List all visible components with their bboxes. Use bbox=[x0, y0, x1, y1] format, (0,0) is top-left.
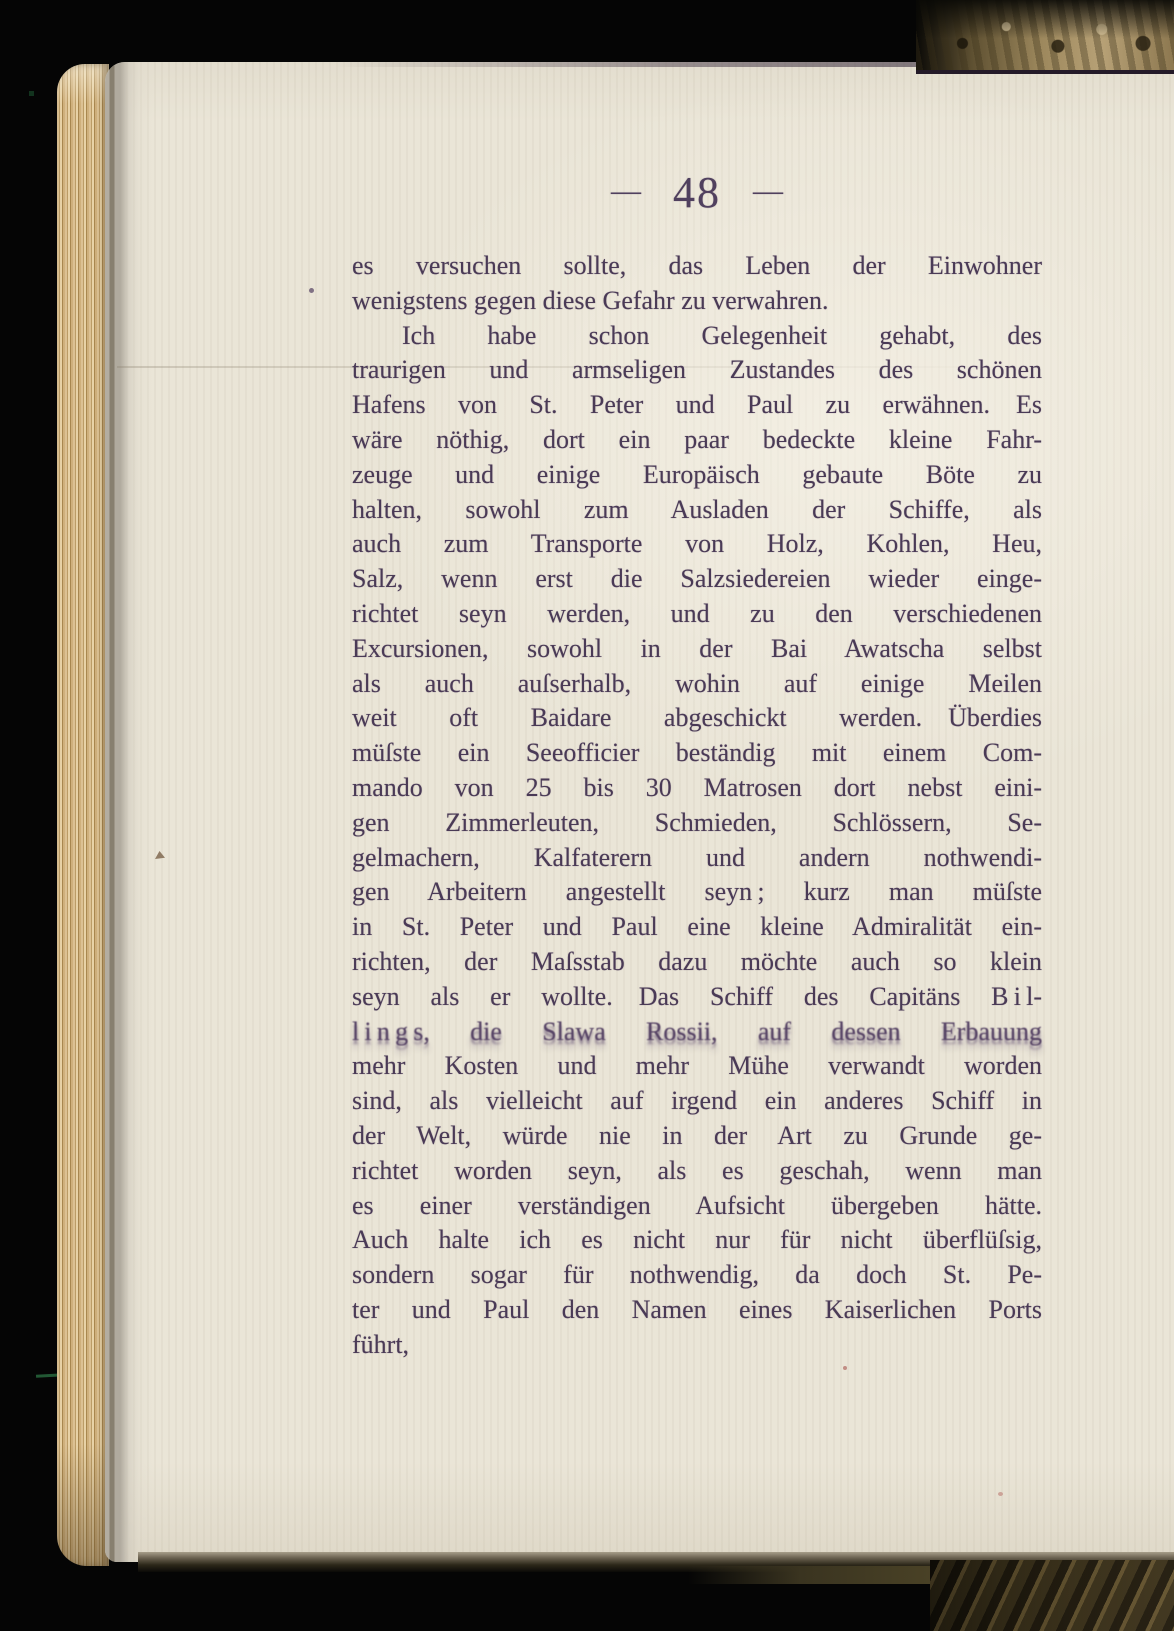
text-line: sondern sogar für nothwendig, da doch St… bbox=[352, 1258, 1042, 1293]
paper-fiber-speck bbox=[998, 1492, 1003, 1496]
catchword: führt, bbox=[352, 1328, 1069, 1363]
book-cover-top-fragment bbox=[916, 0, 1174, 74]
text-line: wenigstens gegen diese Gefahr zu verwahr… bbox=[352, 284, 1042, 319]
header-dash-right: — bbox=[753, 174, 783, 207]
text-line: richten, der Maſsstab dazu möchte auch s… bbox=[352, 945, 1042, 980]
text-line: zeuge und einige Europäisch gebaute Böte… bbox=[352, 458, 1042, 493]
paper-speck bbox=[155, 851, 165, 859]
page-header: —48— bbox=[352, 174, 1042, 226]
text-line: Auch halte ich es nicht nur für nicht üb… bbox=[352, 1223, 1042, 1258]
text-line: Hafens von St. Peter und Paul zu erwähne… bbox=[352, 388, 1042, 423]
paper-fiber-speck bbox=[843, 1366, 847, 1370]
text-line: als auch auſserhalb, wohin auf einige Me… bbox=[352, 667, 1042, 702]
cover-shadow-smear bbox=[688, 1566, 938, 1584]
ink-speck bbox=[309, 288, 314, 293]
text-line: mando von 25 bis 30 Matrosen dort nebst … bbox=[352, 771, 1042, 806]
text-line: mehr Kosten und mehr Mühe verwandt worde… bbox=[352, 1049, 1042, 1084]
text-line: gelmachern, Kalfaterern und andern nothw… bbox=[352, 841, 1042, 876]
text-line: es einer verständigen Aufsicht übergeben… bbox=[352, 1189, 1042, 1224]
header-dash-left: — bbox=[611, 174, 641, 207]
text-line: traurigen und armseligen Zustandes des s… bbox=[352, 353, 1042, 388]
body-text: es versuchen sollte, das Leben der Einwo… bbox=[352, 249, 1042, 1328]
scanned-book-photo: —48— es versuchen sollte, das Leben der … bbox=[0, 0, 1174, 1631]
text-line: sind, als vielleicht auf irgend ein ande… bbox=[352, 1084, 1042, 1119]
text-line: Excursionen, sowohl in der Bai Awatscha … bbox=[352, 632, 1042, 667]
text-line-blurred: l i n g s, die Slawa Rossii, auf dessen … bbox=[352, 1015, 1042, 1050]
text-line: ter und Paul den Namen eines Kaiserliche… bbox=[352, 1293, 1042, 1328]
text-line: gen Arbeitern angestellt seyn ; kurz man… bbox=[352, 875, 1042, 910]
text-line: es versuchen sollte, das Leben der Einwo… bbox=[352, 249, 1042, 284]
text-line: der Welt, würde nie in der Art zu Grunde… bbox=[352, 1119, 1042, 1154]
text-line: gen Zimmerleuten, Schmieden, Schlössern,… bbox=[352, 806, 1042, 841]
text-line: richtet seyn werden, und zu den verschie… bbox=[352, 597, 1042, 632]
text-line: Salz, wenn erst die Salzsiedereien wiede… bbox=[352, 562, 1042, 597]
scanner-noise-specks bbox=[0, 0, 3, 3]
text-line: auch zum Transporte von Holz, Kohlen, He… bbox=[352, 527, 1042, 562]
text-line: halten, sowohl zum Ausladen der Schiffe,… bbox=[352, 493, 1042, 528]
page-number: 48 bbox=[673, 168, 721, 217]
book-cover-bottom-fragment bbox=[930, 1560, 1174, 1631]
text-column: —48— es versuchen sollte, das Leben der … bbox=[352, 62, 1042, 1363]
text-line: seyn als er wollte. Das Schiff des Capit… bbox=[352, 980, 1042, 1015]
text-line: in St. Peter und Paul eine kleine Admira… bbox=[352, 910, 1042, 945]
text-line: Ich habe schon Gelegenheit gehabt, des bbox=[352, 319, 1042, 354]
text-line: weit oft Baidare abgeschickt werden. Übe… bbox=[352, 701, 1042, 736]
text-line: wäre nöthig, dort ein paar bedeckte klei… bbox=[352, 423, 1042, 458]
book-page: —48— es versuchen sollte, das Leben der … bbox=[105, 62, 1174, 1562]
text-line: müſste ein Seeofficier beständig mit ein… bbox=[352, 736, 1042, 771]
text-line: richtet worden seyn, als es geschah, wen… bbox=[352, 1154, 1042, 1189]
book-page-edges bbox=[57, 64, 109, 1566]
